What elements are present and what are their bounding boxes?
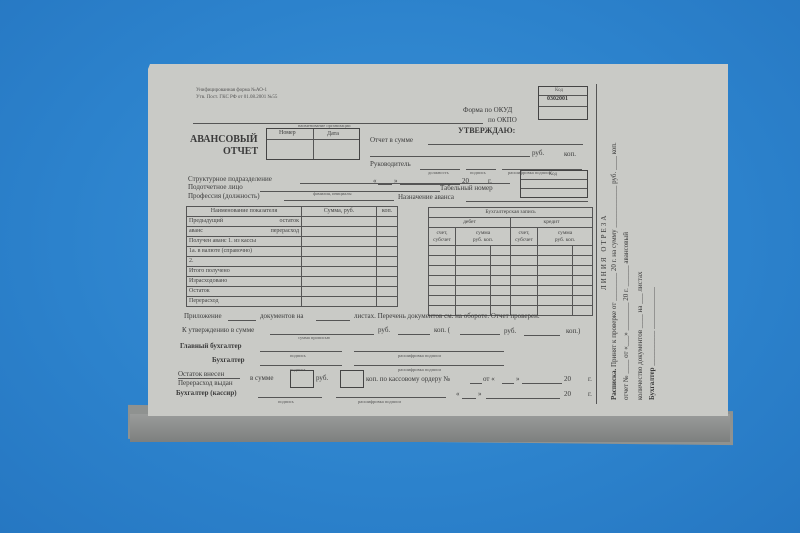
table-row: Остаток [187, 287, 398, 297]
cell[interactable] [538, 276, 573, 286]
sum-cell[interactable] [302, 297, 377, 307]
sheets-text: листах. Перечень документов см. на оборо… [354, 312, 540, 320]
chief-decoding-field[interactable] [354, 351, 504, 352]
kop-label: коп. [564, 150, 576, 158]
cell[interactable] [538, 306, 573, 316]
cell[interactable] [511, 266, 538, 276]
table-row: Предыдущийостаток [187, 217, 398, 227]
cell[interactable] [573, 256, 593, 266]
approval-kop-numeric-field[interactable] [524, 335, 560, 336]
head-label: Руководитель [370, 160, 411, 168]
accountant-decoding-field[interactable] [354, 365, 504, 366]
table-row: 2. [187, 257, 398, 267]
okud-code-box: Код 0302001 [538, 86, 588, 120]
year-label: 20 [564, 375, 571, 383]
rub-label: руб. [532, 149, 544, 157]
okud-label: Форма по ОКУД [463, 106, 512, 114]
purpose-label: Назначение аванса [398, 193, 454, 201]
cell[interactable] [573, 286, 593, 296]
cell[interactable] [456, 276, 491, 286]
report-sum-field[interactable] [428, 144, 583, 145]
table-row [429, 266, 593, 276]
table-row [429, 276, 593, 286]
cell[interactable] [456, 256, 491, 266]
documents-on-label: документов на [260, 312, 303, 320]
sum-cell[interactable] [302, 277, 377, 287]
cell[interactable] [538, 266, 573, 276]
chief-accountant-label: Главный бухгалтер [180, 342, 242, 350]
cell[interactable] [511, 256, 538, 266]
table-row: Израсходовано [187, 277, 398, 287]
cell[interactable] [538, 296, 573, 306]
col-sum: Сумма, руб. [302, 207, 377, 217]
table-row: Перерасход [187, 297, 398, 307]
receipt-rub: руб. [610, 172, 618, 184]
row-label: перерасход [271, 227, 299, 236]
tab-number-label: Табельный номер [440, 184, 493, 192]
accounting-entry-table: Бухгалтерская запись дебет кредит счет, … [428, 207, 593, 316]
year-label: 20 [564, 390, 571, 398]
credit-sum-header: сумма [558, 230, 572, 236]
kop-cell[interactable] [377, 237, 398, 247]
stub-from: от « [622, 346, 630, 358]
caption-signature: подпись [290, 353, 306, 358]
cell[interactable] [429, 276, 456, 286]
table-row [429, 256, 593, 266]
kop-cell[interactable] [377, 267, 398, 277]
table-row: 1а. в валюте (справочно) [187, 247, 398, 257]
row-label: Получен аванс 1. из кассы [187, 237, 302, 247]
kop-header: коп. [566, 237, 575, 243]
sum-cell[interactable] [302, 257, 377, 267]
name-caption: фамилия, инициалы [313, 191, 352, 196]
report-no-label: отчет № [622, 375, 630, 400]
cashier-month-field[interactable] [486, 398, 560, 399]
cell[interactable] [429, 256, 456, 266]
pad-stack-edge [130, 414, 730, 442]
cell[interactable] [538, 246, 573, 256]
cell[interactable] [511, 246, 538, 256]
stub-on: на [636, 306, 644, 313]
caption-decoding: расшифровка подписи [358, 399, 401, 404]
stub-advance: авансовый [622, 232, 630, 264]
unified-form-label: Унифицированная форма №АО-1 [196, 88, 267, 93]
rub-header: руб. [555, 237, 565, 243]
accountant-signature-field[interactable] [260, 365, 342, 366]
credit-account-header: счет, субсчет [511, 228, 538, 246]
rub-label-2: руб. [504, 327, 516, 335]
cut-line [596, 84, 597, 404]
row-label: 1а. в валюте (справочно) [187, 247, 302, 257]
code-header: Код [555, 88, 563, 93]
division-label: Структурное подразделение [188, 175, 272, 183]
overspend-paid-label: Перерасход выдан [178, 379, 233, 387]
cell[interactable] [491, 286, 511, 296]
cell[interactable] [511, 296, 538, 306]
code-header-2: Код [549, 172, 557, 177]
profession-field[interactable] [284, 200, 394, 201]
accounting-title: Бухгалтерская запись [429, 208, 593, 218]
cell[interactable] [491, 296, 511, 306]
okpo-label: по ОКПО [488, 116, 517, 124]
caption-position: должность [428, 170, 449, 175]
in-sum-label: в сумме [250, 374, 273, 382]
row-label: остаток [280, 217, 299, 226]
cash-order-number-field[interactable] [470, 383, 482, 384]
quote-close: » [516, 375, 520, 383]
remainder-deposited-label: Остаток внесен [178, 370, 224, 378]
kop-cell[interactable] [377, 287, 398, 297]
cash-order-day-field[interactable] [502, 383, 514, 384]
cell[interactable] [573, 246, 593, 256]
cashier-signature-field[interactable] [258, 397, 322, 398]
cell[interactable] [573, 266, 593, 276]
table-row: авансперерасход [187, 227, 398, 237]
year-suffix: г. [588, 390, 592, 398]
sum-cell[interactable] [302, 267, 377, 277]
col-indicator-name: Наименование показателя [187, 207, 302, 217]
rub-header: руб. [473, 237, 483, 243]
profession-label: Профессия (должность) [188, 192, 260, 200]
advance-report-form: Унифицированная форма №АО-1 Утв. Пост. Г… [148, 64, 728, 416]
approval-rub-numeric-field[interactable] [460, 334, 500, 335]
accountant-label: Бухгалтер [212, 356, 245, 364]
debit-header: дебет [429, 218, 511, 228]
receipt-kop: коп. [610, 142, 618, 154]
row-label: Остаток [187, 287, 302, 297]
row-label: аванс [189, 228, 203, 234]
attachment-label: Приложение [184, 312, 222, 320]
cell[interactable] [573, 276, 593, 286]
table-row [429, 296, 593, 306]
purpose-field[interactable] [466, 201, 588, 202]
cut-line-label: ЛИНИЯ ОТРЕЗА [600, 214, 608, 290]
cell[interactable] [511, 276, 538, 286]
cell[interactable] [429, 246, 456, 256]
kop-cell[interactable] [377, 297, 398, 307]
number-header: Номер [279, 130, 296, 136]
cell[interactable] [491, 276, 511, 286]
approval-label: Утв. Пост. ГКС РФ от 01.08.2001 №55 [196, 95, 277, 100]
cell[interactable] [573, 296, 593, 306]
receipt-text: Принят к проверке от [610, 303, 618, 367]
rub-label-3: руб. [316, 374, 328, 382]
kop-cell[interactable] [377, 217, 398, 227]
indicators-table: Наименование показателя Сумма, руб. коп.… [186, 206, 398, 307]
sheets-count-field[interactable] [316, 320, 350, 321]
cell[interactable] [538, 256, 573, 266]
for-approval-label: К утверждению в сумме [182, 326, 254, 334]
kop-open-label: коп. ( [434, 326, 450, 334]
receipt-year-text: 20 г. на сумму [610, 229, 618, 271]
sum-cell[interactable] [302, 217, 377, 227]
sum-cell[interactable] [302, 247, 377, 257]
cell[interactable] [429, 266, 456, 276]
caption-signature: подпись [470, 170, 486, 175]
sum-cell[interactable] [302, 287, 377, 297]
cashier-label: Бухгалтер (кассир) [176, 389, 237, 397]
cell[interactable] [491, 266, 511, 276]
cell[interactable] [491, 246, 511, 256]
col-kop: коп. [377, 207, 398, 217]
debit-sum-header: сумма [476, 230, 490, 236]
table-row [429, 246, 593, 256]
attachment-count-field[interactable] [228, 320, 256, 321]
stub-accountant: Бухгалтер [648, 367, 656, 400]
stub-year: 20 г. [622, 288, 630, 301]
cashier-day-field[interactable] [462, 398, 476, 399]
cell[interactable] [491, 256, 511, 266]
date-header: Дата [327, 131, 339, 137]
row-label: 2. [187, 257, 302, 267]
rub-input-box[interactable] [290, 370, 314, 388]
chief-signature-field[interactable] [260, 351, 342, 352]
cell[interactable] [456, 296, 491, 306]
cell[interactable] [456, 266, 491, 276]
row-label: Перерасход [187, 297, 302, 307]
cell[interactable] [429, 286, 456, 296]
receipt-label: Расписка. [610, 369, 618, 400]
kop-cell[interactable] [377, 227, 398, 237]
report-sum-label: Отчет в сумме [370, 136, 413, 144]
report-sum-words-field[interactable] [370, 156, 530, 157]
caption-signature: подпись [278, 399, 294, 404]
title-line2: ОТЧЕТ [223, 146, 258, 157]
doc-count-label: количество документов [636, 330, 644, 400]
debit-account-header: счет, субсчет [429, 228, 456, 246]
caption-decoding: расшифровка подписи [398, 353, 441, 358]
caption-decoding: расшифровка подписи [398, 367, 441, 372]
kop-cell[interactable] [377, 277, 398, 287]
sum-words-caption: сумма прописью [298, 335, 330, 340]
cell[interactable] [456, 246, 491, 256]
cell[interactable] [456, 286, 491, 296]
approve-day-field[interactable] [378, 184, 392, 185]
rub-label: руб. [378, 326, 390, 334]
cell[interactable] [538, 286, 573, 296]
table-row: Получен аванс 1. из кассы [187, 237, 398, 247]
kop-close-label: коп.) [566, 327, 580, 335]
cash-order-label: коп. по кассовому ордеру № [366, 375, 450, 383]
cell[interactable] [429, 296, 456, 306]
approve-heading: УТВЕРЖДАЮ: [458, 126, 515, 135]
table-row: Итого получено [187, 267, 398, 277]
year-suffix: г. [588, 375, 592, 383]
row-label: Израсходовано [187, 277, 302, 287]
number-date-box: Номер Дата [266, 128, 360, 160]
kop-cell[interactable] [377, 257, 398, 267]
row-label: Предыдущий [189, 218, 223, 224]
kop-header: коп. [484, 237, 493, 243]
kop-cell[interactable] [377, 247, 398, 257]
from-label: от « [483, 375, 495, 383]
cash-order-month-field[interactable] [522, 383, 562, 384]
accountable-label: Подотчетное лицо [188, 183, 243, 191]
cell[interactable] [511, 286, 538, 296]
approval-kop-field[interactable] [398, 334, 430, 335]
okud-code[interactable]: 0302001 [547, 96, 568, 102]
kop-input-box[interactable] [340, 370, 364, 388]
table-row [429, 286, 593, 296]
row-label: Итого получено [187, 267, 302, 277]
sum-cell[interactable] [302, 237, 377, 247]
stub-sheets: листах [636, 272, 644, 292]
credit-header: кредит [511, 218, 593, 228]
sum-cell[interactable] [302, 227, 377, 237]
title-line1: АВАНСОВЫЙ [190, 134, 258, 145]
cell[interactable] [573, 306, 593, 316]
cashier-decoding-field[interactable] [336, 397, 446, 398]
tab-code-box: Код [520, 170, 588, 198]
